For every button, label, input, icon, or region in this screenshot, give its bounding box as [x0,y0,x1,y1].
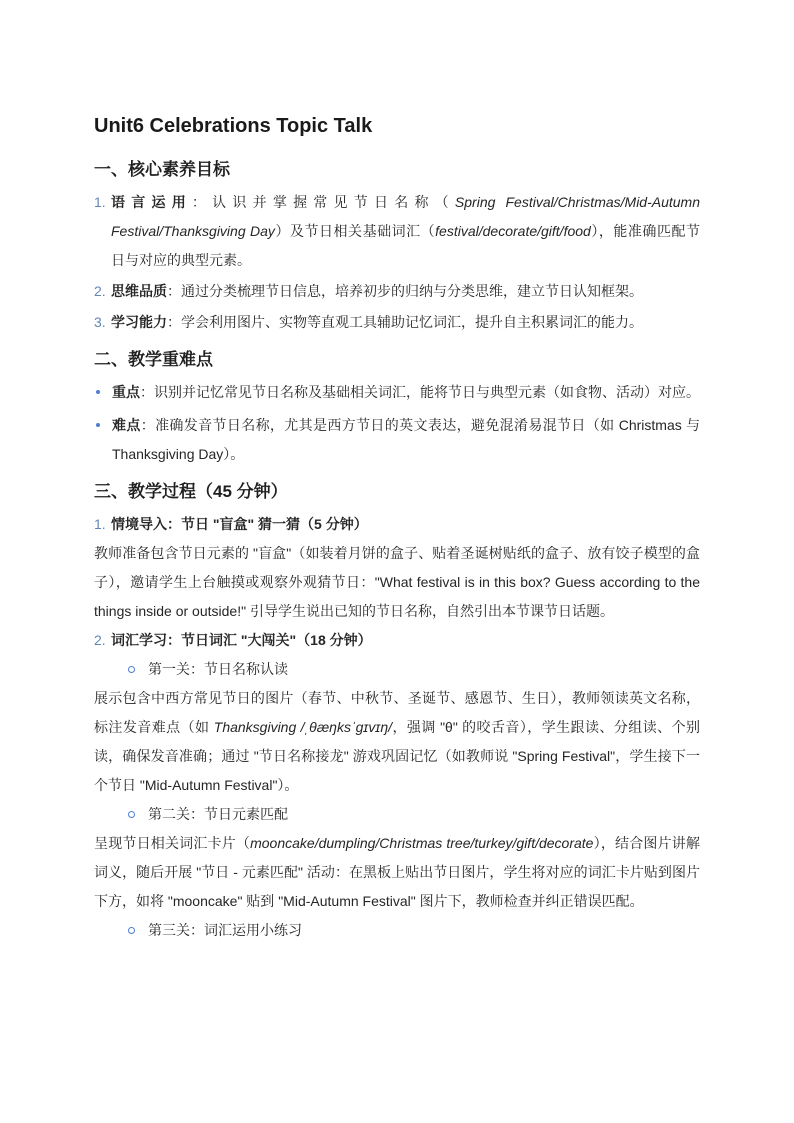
list-number: 3. [94,308,111,337]
keypoint-item: 难点：准确发音节日名称，尤其是西方节日的英文表达，避免混淆易混节日（如 Chri… [94,411,700,469]
bullet-circle-icon [128,927,135,934]
list-number: 1. [94,510,111,539]
keypoint-item-text: 重点：识别并记忆常见节日名称及基础相关词汇，能将节日与典型元素（如食物、活动）对… [112,378,700,407]
bullet-dot-icon [96,423,100,427]
goal-item-text: 语言运用：认识并掌握常见节日名称（Spring Festival/Christm… [111,188,700,275]
bullet-circle-icon [128,811,135,818]
stage-1-paragraph: 展示包含中西方常见节日的图片（春节、中秋节、圣诞节、感恩节、生日），教师领读英文… [94,684,700,800]
section-process-heading: 三、教学过程（45 分钟） [94,477,700,506]
section-goals-heading: 一、核心素养目标 [94,155,700,184]
stage-2-item: 第二关：节日元素匹配 [128,800,700,829]
stage-2-paragraph: 呈现节日相关词汇卡片（mooncake/dumpling/Christmas t… [94,829,700,916]
stage-3-item: 第三关：词汇运用小练习 [128,916,700,945]
stage-3-label: 第三关：词汇运用小练习 [148,916,700,945]
step-1-title: 情境导入：节日 "盲盒" 猜一猜（5 分钟） [111,510,700,539]
step-1-heading: 1. 情境导入：节日 "盲盒" 猜一猜（5 分钟） [94,510,700,539]
goal-item: 2. 思维品质：通过分类梳理节日信息，培养初步的归纳与分类思维，建立节日认知框架… [94,277,700,306]
goal-item: 1. 语言运用：认识并掌握常见节日名称（Spring Festival/Chri… [94,188,700,275]
stage-2-label: 第二关：节日元素匹配 [148,800,700,829]
goal-item-text: 学习能力：学会利用图片、实物等直观工具辅助记忆词汇，提升自主积累词汇的能力。 [111,308,700,337]
step-2-heading: 2. 词汇学习：节日词汇 "大闯关"（18 分钟） [94,626,700,655]
doc-title: Unit6 Celebrations Topic Talk [94,112,700,141]
document-page: Unit6 Celebrations Topic Talk 一、核心素养目标 1… [0,0,794,1123]
bullet-dot-icon [96,390,100,394]
goal-item-text: 思维品质：通过分类梳理节日信息，培养初步的归纳与分类思维，建立节日认知框架。 [111,277,700,306]
keypoint-item-text: 难点：准确发音节日名称，尤其是西方节日的英文表达，避免混淆易混节日（如 Chri… [112,411,700,469]
list-number: 1. [94,188,111,217]
step-1-paragraph: 教师准备包含节日元素的 "盲盒"（如装着月饼的盒子、贴着圣诞树贴纸的盒子、放有饺… [94,539,700,626]
stage-1-label: 第一关：节日名称认读 [148,655,700,684]
bullet-circle-icon [128,666,135,673]
stage-1-item: 第一关：节日名称认读 [128,655,700,684]
step-2-title: 词汇学习：节日词汇 "大闯关"（18 分钟） [111,626,700,655]
goal-item: 3. 学习能力：学会利用图片、实物等直观工具辅助记忆词汇，提升自主积累词汇的能力… [94,308,700,337]
list-number: 2. [94,277,111,306]
keypoint-item: 重点：识别并记忆常见节日名称及基础相关词汇，能将节日与典型元素（如食物、活动）对… [94,378,700,407]
list-number: 2. [94,626,111,655]
section-keypoints-heading: 二、教学重难点 [94,345,700,374]
